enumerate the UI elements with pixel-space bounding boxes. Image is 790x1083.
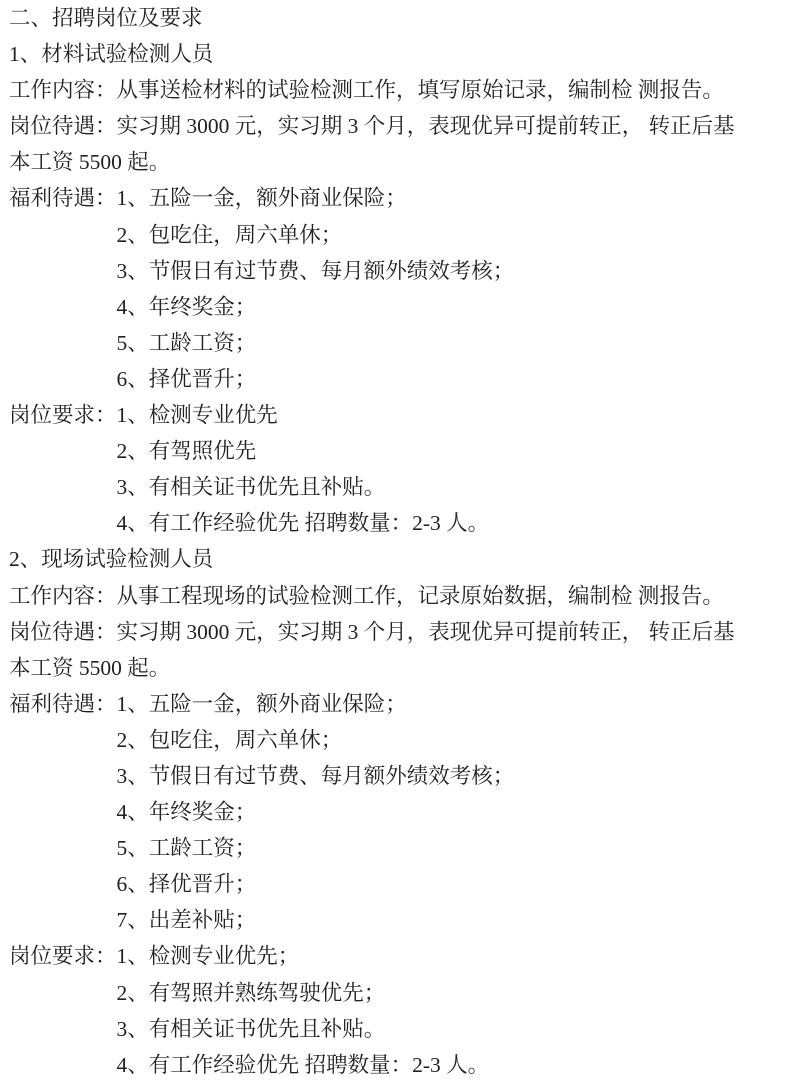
benefit-item-row: 4、年终奖金； bbox=[9, 794, 786, 830]
benefit-item-row: 3、节假日有过节费、每月额外绩效考核； bbox=[9, 758, 786, 794]
position-1-requirements-line: 岗位要求：1、检测专业优先 bbox=[9, 397, 786, 433]
benefit-item: 5、工龄工资； bbox=[117, 331, 257, 355]
benefit-item: 3、节假日有过节费、每月额外绩效考核； bbox=[117, 764, 515, 788]
requirement-item: 1、检测专业优先 bbox=[117, 403, 278, 427]
benefit-item: 6、择优晋升； bbox=[117, 872, 257, 896]
position-2-heading: 2、现场试验检测人员 bbox=[9, 541, 786, 577]
benefit-item: 7、出差补贴； bbox=[117, 908, 257, 932]
work-content-text: 从事工程现场的试验检测工作，记录原始数据，编制检 测报告。 bbox=[117, 584, 724, 608]
position-1-work-content-line: 工作内容：从事送检材料的试验检测工作，填写原始记录，编制检 测报告。 bbox=[9, 72, 786, 108]
requirement-item: 3、有相关证书优先且补贴。 bbox=[117, 475, 386, 499]
salary-label: 岗位待遇： bbox=[9, 614, 117, 650]
benefit-item-row: 3、节假日有过节费、每月额外绩效考核； bbox=[9, 253, 786, 289]
requirement-item-row: 2、有驾照优先 bbox=[9, 433, 786, 469]
benefit-item-row: 7、出差补贴； bbox=[9, 902, 786, 938]
benefit-item-row: 5、工龄工资； bbox=[9, 325, 786, 361]
benefits-label: 福利待遇： bbox=[9, 686, 117, 722]
position-2-requirements-line: 岗位要求：1、检测专业优先； bbox=[9, 938, 786, 974]
requirement-item-row: 2、有驾照并熟练驾驶优先； bbox=[9, 975, 786, 1011]
benefit-item: 4、年终奖金； bbox=[117, 800, 257, 824]
position-2-benefits-line: 福利待遇：1、五险一金，额外商业保险； bbox=[9, 686, 786, 722]
document-page: 二、招聘岗位及要求 1、材料试验检测人员 工作内容：从事送检材料的试验检测工作，… bbox=[0, 0, 790, 1083]
requirement-item: 1、检测专业优先； bbox=[117, 944, 300, 968]
benefit-item: 1、五险一金，额外商业保险； bbox=[117, 692, 407, 716]
requirement-item-row: 3、有相关证书优先且补贴。 bbox=[9, 1011, 786, 1047]
benefit-item: 1、五险一金，额外商业保险； bbox=[117, 186, 407, 210]
work-content-label: 工作内容： bbox=[9, 578, 117, 614]
requirement-item: 2、有驾照并熟练驾驶优先； bbox=[117, 981, 386, 1005]
position-2-salary-line-2: 本工资 5500 起。 bbox=[9, 650, 786, 686]
benefit-item: 3、节假日有过节费、每月额外绩效考核； bbox=[117, 259, 515, 283]
position-1-salary-line-1: 岗位待遇：实习期 3000 元，实习期 3 个月，表现优异可提前转正， 转正后基 bbox=[9, 108, 786, 144]
requirement-item: 2、有驾照优先 bbox=[117, 439, 257, 463]
benefit-item: 2、包吃住，周六单休； bbox=[117, 728, 343, 752]
requirement-item-row: 4、有工作经验优先 招聘数量：2-3 人。 bbox=[9, 505, 786, 541]
benefit-item-row: 2、包吃住，周六单休； bbox=[9, 722, 786, 758]
requirement-item: 4、有工作经验优先 招聘数量：2-3 人。 bbox=[117, 1053, 490, 1077]
position-2-salary-line-1: 岗位待遇：实习期 3000 元，实习期 3 个月，表现优异可提前转正， 转正后基 bbox=[9, 614, 786, 650]
benefit-item-row: 6、择优晋升； bbox=[9, 866, 786, 902]
requirements-label: 岗位要求： bbox=[9, 397, 117, 433]
benefit-item-row: 2、包吃住，周六单休； bbox=[9, 217, 786, 253]
benefit-item: 2、包吃住，周六单休； bbox=[117, 223, 343, 247]
salary-label: 岗位待遇： bbox=[9, 108, 117, 144]
requirement-item-row: 3、有相关证书优先且补贴。 bbox=[9, 469, 786, 505]
position-2-work-content-line: 工作内容：从事工程现场的试验检测工作，记录原始数据，编制检 测报告。 bbox=[9, 578, 786, 614]
position-1-heading: 1、材料试验检测人员 bbox=[9, 36, 786, 72]
benefit-item: 5、工龄工资； bbox=[117, 836, 257, 860]
requirement-item: 3、有相关证书优先且补贴。 bbox=[117, 1017, 386, 1041]
salary-text: 实习期 3000 元，实习期 3 个月，表现优异可提前转正， 转正后基 bbox=[117, 620, 735, 644]
work-content-text: 从事送检材料的试验检测工作，填写原始记录，编制检 测报告。 bbox=[117, 78, 724, 102]
section-title: 二、招聘岗位及要求 bbox=[9, 0, 786, 36]
requirements-label: 岗位要求： bbox=[9, 938, 117, 974]
position-1-salary-line-2: 本工资 5500 起。 bbox=[9, 144, 786, 180]
salary-text: 实习期 3000 元，实习期 3 个月，表现优异可提前转正， 转正后基 bbox=[117, 114, 735, 138]
benefit-item-row: 4、年终奖金； bbox=[9, 289, 786, 325]
requirement-item: 4、有工作经验优先 招聘数量：2-3 人。 bbox=[117, 511, 490, 535]
work-content-label: 工作内容： bbox=[9, 72, 117, 108]
benefit-item: 6、择优晋升； bbox=[117, 367, 257, 391]
benefit-item-row: 6、择优晋升； bbox=[9, 361, 786, 397]
benefit-item: 4、年终奖金； bbox=[117, 295, 257, 319]
benefits-label: 福利待遇： bbox=[9, 180, 117, 216]
benefit-item-row: 5、工龄工资； bbox=[9, 830, 786, 866]
requirement-item-row: 4、有工作经验优先 招聘数量：2-3 人。 bbox=[9, 1047, 786, 1083]
position-1-benefits-line: 福利待遇：1、五险一金，额外商业保险； bbox=[9, 180, 786, 216]
